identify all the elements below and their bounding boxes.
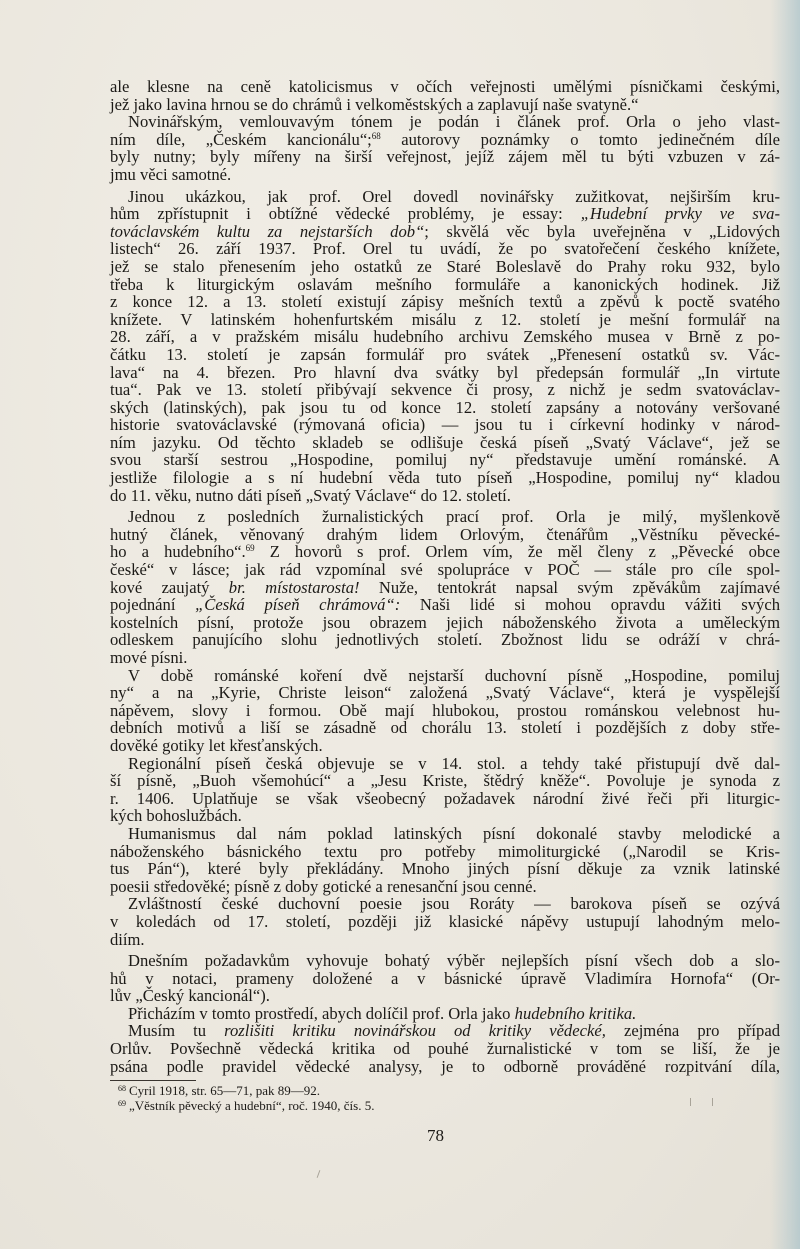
- text-run: ny“ a na „Kyrie, Christe leison“ založen…: [110, 683, 780, 702]
- text-run: hů v notaci, prameny doložené a v básnic…: [110, 969, 780, 988]
- text-run: lava“ na 4. březen. Pro hlavní dva svátk…: [110, 363, 780, 382]
- text-run: Musím tu: [128, 1021, 224, 1040]
- text-run: do 11. věku, nutno dáti píseň „Svatý Vác…: [110, 486, 511, 505]
- text-line: poesii středověké; písně z doby gotické …: [110, 878, 780, 896]
- page-number: 78: [427, 1126, 444, 1146]
- text-line: lův „Český kancionál“).: [110, 987, 780, 1005]
- italic-text: hudebního kritika.: [515, 1004, 637, 1023]
- text-line: diím.: [110, 931, 780, 949]
- text-run: Naši lidé si mohou opravdu vážiti svých: [400, 595, 780, 614]
- text-run: Jednou z posledních žurnalistických prac…: [128, 507, 780, 526]
- text-line: z konce 12. a 13. století existují zápis…: [110, 293, 780, 311]
- text-run: třeba k liturgickým oslavám mešního form…: [110, 275, 780, 294]
- text-line: svou starší sestrou „Hospodine, pomiluj …: [110, 451, 780, 469]
- text-line: kostelních písní, protože jsou obrazem j…: [110, 614, 780, 632]
- text-run: ale klesne na ceně katolicismus v očích …: [110, 77, 780, 96]
- text-line: ší písně, „Buoh všemohúcí“ a „Jesu Krist…: [110, 772, 780, 790]
- text-run: v koledách od 17. století, později již k…: [110, 912, 780, 931]
- text-line: tua“. Pak ve 13. století přibývají sekve…: [110, 381, 780, 399]
- footnote-ref: 68: [372, 131, 381, 141]
- text-line: dověké gotiky let křesťanských.: [110, 737, 780, 755]
- text-run: mové písni.: [110, 648, 187, 667]
- text-line: třeba k liturgickým oslavám mešního form…: [110, 276, 780, 294]
- text-line: ním díle, „Českém kancionálu“;68 autorov…: [110, 131, 780, 149]
- italic-text: továclavském kultu za nejstarších dob“: [110, 222, 424, 241]
- text-run: byly nutny; byly mířeny na širší veřejno…: [110, 147, 780, 166]
- text-run: kové zaujatý: [110, 578, 229, 597]
- text-run: listech“ 26. září 1937. Prof. Orel tu uv…: [110, 239, 780, 258]
- footnote-text: Cyril 1918, str. 65—71, pak 89—92.: [129, 1083, 320, 1098]
- text-run: české“ v lásce; jak rád vzpomínal své sp…: [110, 560, 780, 579]
- text-line: Jinou ukázkou, jak prof. Orel dovedl nov…: [110, 188, 780, 206]
- text-line: hů v notaci, prameny doložené a v básnic…: [110, 970, 780, 988]
- text-line: Musím tu rozlišiti kritiku novinářskou o…: [110, 1022, 780, 1040]
- text-line: Dnešním požadavkům vyhovuje bohatý výběr…: [110, 952, 780, 970]
- text-run: historie svatováclavské (rýmovaná oficia…: [110, 415, 780, 434]
- text-line: jež se stalo přenesením jeho ostatků ze …: [110, 258, 780, 276]
- italic-text: „Česká píseň chrámová“:: [195, 595, 400, 614]
- text-run: kostelních písní, protože jsou obrazem j…: [110, 613, 780, 632]
- text-line: mové písni.: [110, 649, 780, 667]
- text-run: ší písně, „Buoh všemohúcí“ a „Jesu Krist…: [110, 771, 780, 790]
- text-run: jež jako lavina hrnou se do chrámů i vel…: [110, 95, 639, 114]
- text-run: poesii středověké; písně z doby gotické …: [110, 877, 537, 896]
- body-text: ale klesne na ceně katolicismus v očích …: [110, 78, 780, 1075]
- text-line: kové zaujatý br. místostarosta! Nuže, te…: [110, 579, 780, 597]
- text-run: svou starší sestrou „Hospodine, pomiluj …: [110, 450, 780, 469]
- text-run: psána podle pravidel vědecké analysy, je…: [110, 1057, 780, 1076]
- text-line: ny“ a na „Kyrie, Christe leison“ založen…: [110, 684, 780, 702]
- text-line: Jednou z posledních žurnalistických prac…: [110, 508, 780, 526]
- footnote: 68Cyril 1918, str. 65—71, pak 89—92.: [118, 1084, 374, 1099]
- scan-artifact: [690, 1098, 691, 1106]
- text-run: dověké gotiky let křesťanských.: [110, 736, 323, 755]
- scanned-book-page: ale klesne na ceně katolicismus v očích …: [0, 0, 800, 1249]
- text-run: 28. září, a v pražském misálu hudebního …: [110, 327, 780, 346]
- text-run: hutný článek, věnovaný drahým lidem Orlo…: [110, 525, 780, 544]
- text-run: Jinou ukázkou, jak prof. Orel dovedl nov…: [128, 187, 780, 206]
- text-run: Přicházím v tomto prostředí, abych dolíč…: [128, 1004, 515, 1023]
- text-run: Zvláštností české duchovní poesie jsou R…: [128, 894, 780, 913]
- text-line: r. 1406. Uplatňuje se však všeobecný pož…: [110, 790, 780, 808]
- text-run: z konce 12. a 13. století existují zápis…: [110, 292, 780, 311]
- footnote-divider: [110, 1080, 196, 1081]
- footnote-text: „Věstník pěvecký a hudební“, roč. 1940, …: [129, 1098, 374, 1113]
- text-run: Orlův. Povšechně vědecká kritika od pouh…: [110, 1039, 780, 1058]
- footnote-mark: 69: [118, 1099, 126, 1108]
- text-line: jmu věci samotné.: [110, 166, 780, 184]
- text-line: ním jazyku. Od těchto skladeb se odlišuj…: [110, 434, 780, 452]
- italic-text: „Hudební prvky ve sva-: [581, 204, 780, 223]
- italic-text: br. místostarosta!: [229, 578, 360, 597]
- text-run: ských (latinských), pak jsou tu od konce…: [110, 398, 780, 417]
- text-run: Regionální píseň česká objevuje se v 14.…: [128, 754, 780, 773]
- text-line: 28. září, a v pražském misálu hudebního …: [110, 328, 780, 346]
- text-line: továclavském kultu za nejstarších dob“; …: [110, 223, 780, 241]
- text-run: V době románské koření dvě nejstarší duc…: [128, 666, 780, 685]
- text-line: listech“ 26. září 1937. Prof. Orel tu uv…: [110, 240, 780, 258]
- text-line: české“ v lásce; jak rád vzpomínal své sp…: [110, 561, 780, 579]
- text-run: hům zpřístupnit i obtížné vědecké problé…: [110, 204, 581, 223]
- text-line: V době románské koření dvě nejstarší duc…: [110, 667, 780, 685]
- text-line: do 11. věku, nutno dáti píseň „Svatý Vác…: [110, 487, 780, 505]
- text-line: byly nutny; byly mířeny na širší veřejno…: [110, 148, 780, 166]
- text-line: kých bohoslužbách.: [110, 807, 780, 825]
- text-run: debních motivů a liší se zásadně od chor…: [110, 718, 780, 737]
- text-run: Nuže, tentokrát napsal svým zpěvákům zaj…: [360, 578, 780, 597]
- text-run: r. 1406. Uplatňuje se však všeobecný pož…: [110, 789, 780, 808]
- text-line: psána podle pravidel vědecké analysy, je…: [110, 1058, 780, 1076]
- text-run: nápěvem, slovy i formou. Obě mají hlubok…: [110, 701, 780, 720]
- italic-text: rozlišiti kritiku novinářskou od kritiky…: [224, 1021, 606, 1040]
- text-line: ských (latinských), pak jsou tu od konce…: [110, 399, 780, 417]
- text-run: kých bohoslužbách.: [110, 806, 242, 825]
- text-run: autorovy poznámky o tomto jedinečném díl…: [381, 130, 780, 149]
- scan-artifact: [712, 1098, 713, 1106]
- text-line: knížete. V latinském hohenfurtském misál…: [110, 311, 780, 329]
- text-run: jestliže filologie a s ní hudební věda t…: [110, 468, 780, 487]
- text-run: lův „Český kancionál“).: [110, 986, 270, 1005]
- text-run: ; skvělá věc byla uveřejněna v „Lidových: [424, 222, 780, 241]
- text-line: ale klesne na ceně katolicismus v očích …: [110, 78, 780, 96]
- text-line: Orlův. Povšechně vědecká kritika od pouh…: [110, 1040, 780, 1058]
- text-run: zejména pro případ: [606, 1021, 780, 1040]
- text-run: jmu věci samotné.: [110, 165, 231, 184]
- text-line: hům zpřístupnit i obtížné vědecké problé…: [110, 205, 780, 223]
- text-line: Novinářským, vemlouvavým tónem je podán …: [110, 113, 780, 131]
- footnote: 69„Věstník pěvecký a hudební“, roč. 1940…: [118, 1099, 374, 1114]
- text-line: Regionální píseň česká objevuje se v 14.…: [110, 755, 780, 773]
- scan-artifact: [317, 1170, 321, 1178]
- text-line: Přicházím v tomto prostředí, abych dolíč…: [110, 1005, 780, 1023]
- text-line: čátku 13. století je zapsán formulář pro…: [110, 346, 780, 364]
- footnotes: 68Cyril 1918, str. 65—71, pak 89—92.69„V…: [118, 1084, 374, 1113]
- text-run: pojednání: [110, 595, 195, 614]
- text-run: Z hovorů s prof. Orlem vím, že měl členy…: [255, 542, 780, 561]
- text-run: ním díle, „Českém kancionálu“;: [110, 130, 372, 149]
- text-line: hutný článek, věnovaný drahým lidem Orlo…: [110, 526, 780, 544]
- text-run: knížete. V latinském hohenfurtském misál…: [110, 310, 780, 329]
- text-run: tus Pán“), které byly překládány. Mnoho …: [110, 859, 780, 878]
- text-run: ním jazyku. Od těchto skladeb se odlišuj…: [110, 433, 780, 452]
- text-line: pojednání „Česká píseň chrámová“: Naši l…: [110, 596, 780, 614]
- text-run: diím.: [110, 930, 145, 949]
- text-line: historie svatováclavské (rýmovaná oficia…: [110, 416, 780, 434]
- text-line: jež jako lavina hrnou se do chrámů i vel…: [110, 96, 780, 114]
- footnote-mark: 68: [118, 1084, 126, 1093]
- text-line: nápěvem, slovy i formou. Obě mají hlubok…: [110, 702, 780, 720]
- text-line: tus Pán“), které byly překládány. Mnoho …: [110, 860, 780, 878]
- text-run: Dnešním požadavkům vyhovuje bohatý výběr…: [128, 951, 780, 970]
- text-line: lava“ na 4. březen. Pro hlavní dva svátk…: [110, 364, 780, 382]
- text-line: debních motivů a liší se zásadně od chor…: [110, 719, 780, 737]
- text-line: odleskem panujícího slohu jednotlivých s…: [110, 631, 780, 649]
- text-run: Humanismus dal nám poklad latinských pís…: [128, 824, 780, 843]
- text-run: ho a hudebního“.: [110, 542, 246, 561]
- text-run: jež se stalo přenesením jeho ostatků ze …: [110, 257, 780, 276]
- text-run: náboženského básnického textu pro potřeb…: [110, 842, 780, 861]
- text-run: Novinářským, vemlouvavým tónem je podán …: [128, 112, 780, 131]
- text-run: tua“. Pak ve 13. století přibývají sekve…: [110, 380, 780, 399]
- footnote-ref: 69: [246, 543, 255, 553]
- text-line: jestliže filologie a s ní hudební věda t…: [110, 469, 780, 487]
- text-line: v koledách od 17. století, později již k…: [110, 913, 780, 931]
- text-line: Humanismus dal nám poklad latinských pís…: [110, 825, 780, 843]
- text-line: ho a hudebního“.69 Z hovorů s prof. Orle…: [110, 543, 780, 561]
- text-run: odleskem panujícího slohu jednotlivých s…: [110, 630, 780, 649]
- text-line: Zvláštností české duchovní poesie jsou R…: [110, 895, 780, 913]
- text-line: náboženského básnického textu pro potřeb…: [110, 843, 780, 861]
- text-run: čátku 13. století je zapsán formulář pro…: [110, 345, 780, 364]
